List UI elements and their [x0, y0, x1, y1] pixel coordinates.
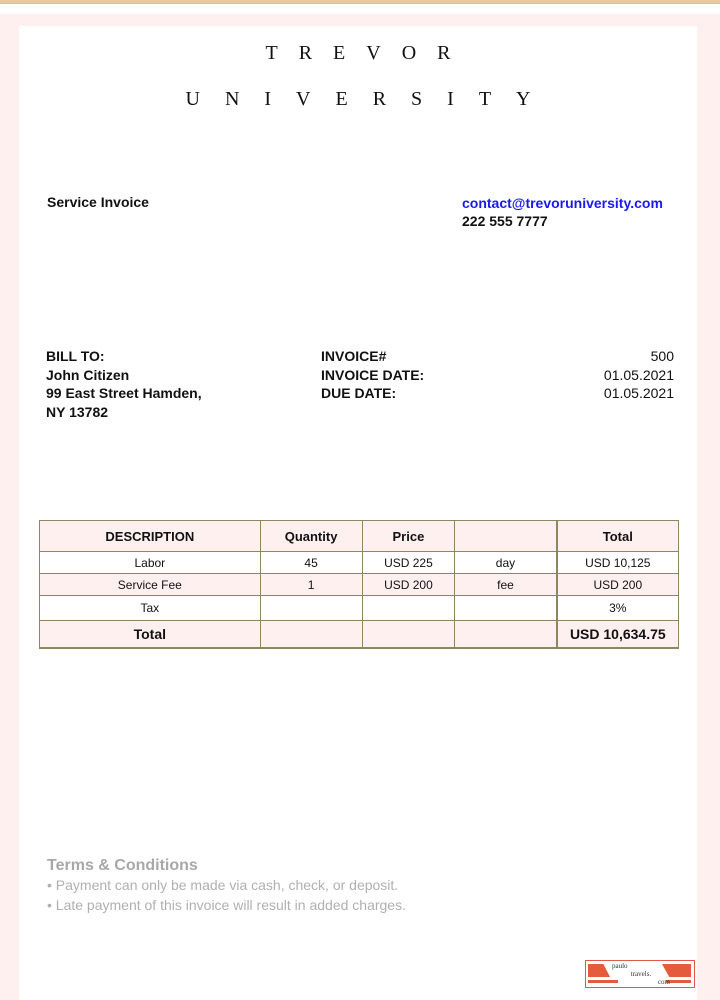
total-label: Total: [40, 621, 261, 649]
invoice-date: 01.05.2021: [604, 366, 674, 385]
table-row: Service Fee 1 USD 200 fee USD 200: [40, 574, 679, 596]
header-quantity: Quantity: [260, 521, 362, 552]
contact-email-link[interactable]: contact@trevoruniversity.com: [462, 195, 663, 211]
logo-bar: [588, 964, 610, 977]
terms-item: • Payment can only be made via cash, che…: [47, 875, 406, 895]
cell-description: Labor: [40, 552, 261, 574]
cell-price: [362, 596, 455, 621]
bill-to-label: BILL TO:: [46, 347, 202, 366]
university-name-line1: TREVOR: [19, 42, 697, 65]
bill-to-address-line2: NY 13782: [46, 403, 202, 422]
cell-quantity: [260, 596, 362, 621]
cell-total: USD 200: [557, 574, 679, 596]
logo-text-line2: travels.: [612, 970, 670, 978]
header-description: DESCRIPTION: [40, 521, 261, 552]
logo-text-line3: com: [612, 978, 670, 986]
empty-cell: [260, 621, 362, 649]
empty-cell: [362, 621, 455, 649]
empty-cell: [455, 621, 557, 649]
logo-text-line1: paulo: [612, 962, 670, 970]
header-unit: [455, 521, 557, 552]
line-items-table: DESCRIPTION Quantity Price Total Labor 4…: [39, 520, 679, 649]
cell-unit: day: [455, 552, 557, 574]
terms-item: • Late payment of this invoice will resu…: [47, 895, 406, 915]
invoice-date-label: INVOICE DATE:: [321, 366, 424, 385]
cell-description: Tax: [40, 596, 261, 621]
top-border: [0, 0, 720, 4]
cell-total: USD 10,125: [557, 552, 679, 574]
header-price: Price: [362, 521, 455, 552]
contact-phone: 222 555 7777: [462, 213, 548, 229]
cell-unit: [455, 596, 557, 621]
university-name-line2: UNIVERSITY: [19, 88, 697, 111]
cell-quantity: 1: [260, 574, 362, 596]
cell-price: USD 225: [362, 552, 455, 574]
bill-to-block: BILL TO: John Citizen 99 East Street Ham…: [46, 347, 202, 421]
due-date-label: DUE DATE:: [321, 384, 424, 403]
invoice-detail-values: 500 01.05.2021 01.05.2021: [604, 347, 674, 403]
paulo-travels-logo[interactable]: paulo travels. com: [585, 960, 695, 988]
invoice-number: 500: [604, 347, 674, 366]
terms-title: Terms & Conditions: [47, 857, 406, 875]
cell-unit: fee: [455, 574, 557, 596]
total-value: USD 10,634.75: [557, 621, 679, 649]
table-row: Labor 45 USD 225 day USD 10,125: [40, 552, 679, 574]
due-date: 01.05.2021: [604, 384, 674, 403]
bill-to-address-line1: 99 East Street Hamden,: [46, 384, 202, 403]
cell-price: USD 200: [362, 574, 455, 596]
table-total-row: Total USD 10,634.75: [40, 621, 679, 649]
bill-to-name: John Citizen: [46, 366, 202, 385]
header-total: Total: [557, 521, 679, 552]
invoice-number-label: INVOICE#: [321, 347, 424, 366]
table-header-row: DESCRIPTION Quantity Price Total: [40, 521, 679, 552]
terms-section: Terms & Conditions • Payment can only be…: [47, 857, 406, 915]
cell-total: 3%: [557, 596, 679, 621]
logo-text: paulo travels. com: [612, 962, 670, 986]
invoice-page: TREVOR UNIVERSITY Service Invoice contac…: [19, 26, 697, 1000]
table-row: Tax 3%: [40, 596, 679, 621]
cell-description: Service Fee: [40, 574, 261, 596]
invoice-detail-labels: INVOICE# INVOICE DATE: DUE DATE:: [321, 347, 424, 403]
document-type: Service Invoice: [47, 194, 149, 210]
cell-quantity: 45: [260, 552, 362, 574]
